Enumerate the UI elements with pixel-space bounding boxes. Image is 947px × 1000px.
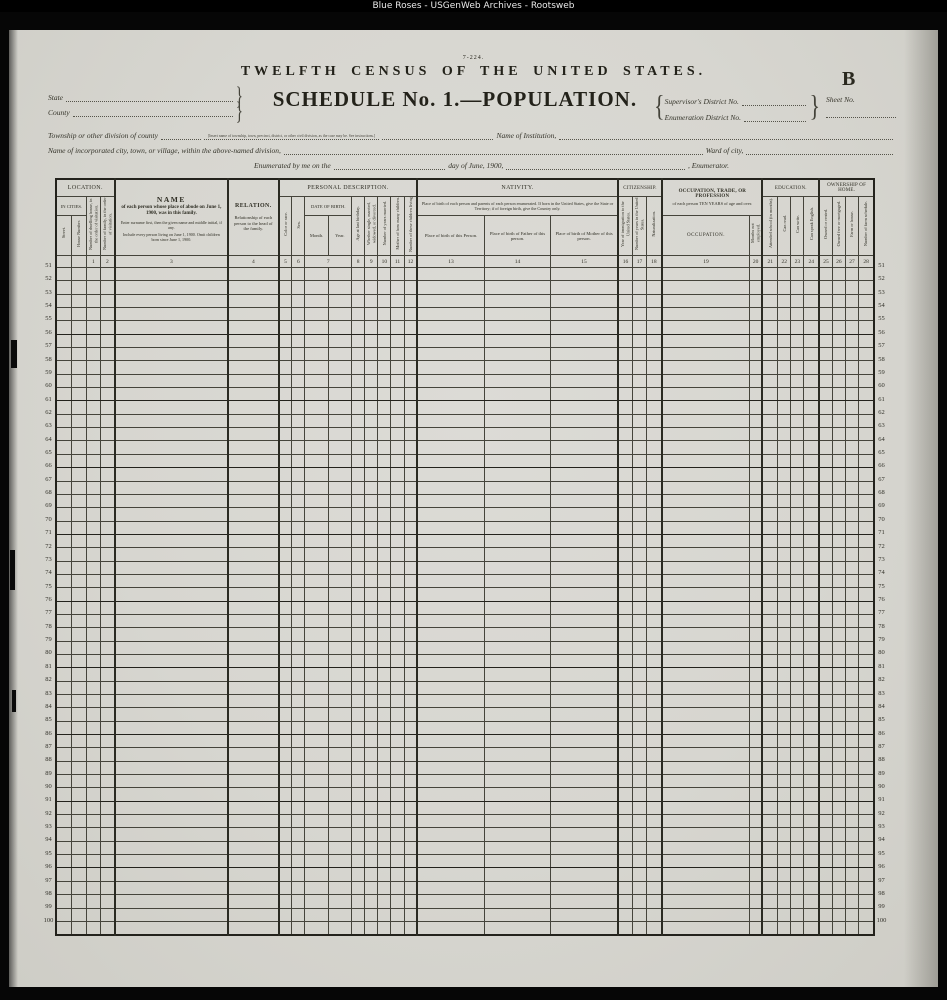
grid-cell	[618, 414, 633, 427]
grid-cell	[56, 454, 71, 467]
grid-cell	[749, 414, 762, 427]
grid-cell	[305, 321, 328, 334]
grid-cell	[228, 361, 279, 374]
grid-cell	[101, 668, 115, 681]
grid-cell	[791, 628, 804, 641]
row-number: 60	[875, 379, 888, 392]
grid-cell	[778, 334, 791, 347]
grid-cell	[101, 374, 115, 387]
grid-cell	[71, 841, 86, 854]
grid-cell	[484, 388, 551, 401]
grid-cell	[115, 268, 228, 281]
district-left-brace: {	[654, 97, 665, 116]
row-number: 88	[42, 753, 55, 766]
row-number: 52	[875, 272, 888, 285]
grid-cell	[618, 574, 633, 587]
grid-cell	[662, 534, 749, 547]
grid-cell	[845, 281, 858, 294]
grid-cell	[778, 481, 791, 494]
grid-cell	[633, 494, 646, 507]
grid-cell	[551, 494, 618, 507]
row-number: 66	[875, 459, 888, 472]
sheet-number-block: Sheet No.	[826, 95, 896, 118]
grid-cell	[328, 494, 351, 507]
grid-cell	[86, 881, 100, 894]
grid-cell	[365, 921, 378, 935]
grid-cell	[71, 921, 86, 935]
grid-cell	[832, 334, 845, 347]
grid-cell	[845, 548, 858, 561]
grid-cell	[791, 428, 804, 441]
grid-cell	[292, 654, 305, 667]
grid-cell	[328, 294, 351, 307]
row-number: 58	[875, 353, 888, 366]
row-number: 86	[42, 727, 55, 740]
grid-cell	[832, 721, 845, 734]
grid-cell	[351, 748, 364, 761]
grid-cell	[804, 414, 819, 427]
row-number: 87	[42, 740, 55, 753]
grid-cell	[646, 428, 662, 441]
grid-cell	[292, 815, 305, 828]
grid-cell	[791, 614, 804, 627]
grid-cell	[305, 508, 328, 521]
grid-cell	[404, 454, 417, 467]
grid-cell	[646, 908, 662, 921]
township-fill-2	[382, 130, 493, 140]
grid-cell	[71, 614, 86, 627]
grid-cell	[749, 654, 762, 667]
grid-cell	[791, 654, 804, 667]
county-line: County }	[48, 107, 243, 117]
grid-cell	[778, 308, 791, 321]
grid-cell	[391, 828, 404, 841]
grid-cell	[749, 428, 762, 441]
grid-cell	[365, 508, 378, 521]
grid-cell	[551, 628, 618, 641]
grid-cell	[778, 348, 791, 361]
grid-cell	[633, 281, 646, 294]
grid-cell	[351, 428, 364, 441]
grid-cell	[618, 561, 633, 574]
column-number: 7	[305, 256, 352, 268]
grid-cell	[804, 735, 819, 748]
grid-cell	[56, 708, 71, 721]
grid-cell	[115, 708, 228, 721]
grid-cell	[551, 441, 618, 454]
census-table-header: LOCATION. NAME of each person whose plac…	[56, 179, 874, 268]
grid-cell	[791, 855, 804, 868]
grid-cell	[56, 881, 71, 894]
grid-cell	[305, 414, 328, 427]
grid-cell	[71, 721, 86, 734]
grid-cell	[778, 881, 791, 894]
grid-cell	[749, 268, 762, 281]
grid-cell	[662, 681, 749, 694]
grid-cell	[778, 468, 791, 481]
grid-cell	[328, 348, 351, 361]
grid-cell	[115, 921, 228, 935]
grid-cell	[662, 508, 749, 521]
grid-cell	[305, 881, 328, 894]
col-farm-house: Farm or house.	[845, 197, 858, 256]
grid-row	[56, 614, 874, 627]
grid-cell	[351, 895, 364, 908]
grid-cell	[646, 801, 662, 814]
grid-cell	[228, 668, 279, 681]
grid-cell	[417, 388, 484, 401]
grid-cell	[791, 321, 804, 334]
grid-cell	[749, 708, 762, 721]
grid-cell	[749, 348, 762, 361]
grid-cell	[404, 334, 417, 347]
grid-cell	[101, 294, 115, 307]
grid-cell	[484, 548, 551, 561]
row-number: 76	[42, 593, 55, 606]
grid-cell	[56, 268, 71, 281]
grid-cell	[86, 281, 100, 294]
grid-cell	[804, 668, 819, 681]
row-number: 100	[875, 914, 888, 927]
grid-cell	[804, 601, 819, 614]
grid-cell	[305, 721, 328, 734]
grid-cell	[762, 308, 777, 321]
grid-cell	[832, 308, 845, 321]
grid-cell	[101, 281, 115, 294]
grid-cell	[305, 374, 328, 387]
grid-cell	[749, 868, 762, 881]
grid-cell	[859, 614, 874, 627]
column-number: 10	[378, 256, 391, 268]
grid-cell	[633, 441, 646, 454]
grid-cell	[859, 855, 874, 868]
grid-cell	[351, 281, 364, 294]
grid-cell	[804, 548, 819, 561]
grid-cell	[404, 308, 417, 321]
grid-cell	[404, 641, 417, 654]
grid-cell	[71, 508, 86, 521]
enumerator-name-fill	[506, 160, 685, 170]
column-number-blank	[71, 256, 86, 268]
grid-cell	[101, 441, 115, 454]
grid-cell	[391, 708, 404, 721]
grid-cell	[228, 561, 279, 574]
grid-cell	[328, 388, 351, 401]
city-label: Name of incorporated city, town, or vill…	[48, 146, 281, 155]
grid-cell	[832, 321, 845, 334]
grid-cell	[86, 855, 100, 868]
grid-cell	[71, 494, 86, 507]
grid-cell	[791, 574, 804, 587]
grid-cell	[551, 761, 618, 774]
grid-cell	[417, 508, 484, 521]
grid-cell	[228, 868, 279, 881]
grid-cell	[101, 321, 115, 334]
grid-cell	[417, 348, 484, 361]
grid-cell	[551, 614, 618, 627]
grid-row	[56, 361, 874, 374]
occupation-desc: of each person TEN YEARS of age and over…	[667, 201, 757, 206]
township-note: [Insert name of township, town, precinct…	[204, 130, 379, 140]
grid-cell	[662, 815, 749, 828]
grid-cell	[778, 855, 791, 868]
row-number: 57	[875, 339, 888, 352]
grid-cell	[819, 695, 832, 708]
grid-cell	[86, 921, 100, 935]
row-number: 79	[875, 633, 888, 646]
grid-cell	[86, 388, 100, 401]
grid-cell	[749, 601, 762, 614]
grid-cell	[71, 855, 86, 868]
grid-cell	[71, 748, 86, 761]
grid-cell	[662, 654, 749, 667]
grid-cell	[819, 614, 832, 627]
grid-cell	[417, 828, 484, 841]
grid-cell	[804, 761, 819, 774]
grid-cell	[662, 441, 749, 454]
grid-cell	[819, 374, 832, 387]
grid-cell	[819, 641, 832, 654]
grid-cell	[404, 681, 417, 694]
township-fill-1	[161, 130, 201, 140]
grid-cell	[378, 534, 391, 547]
grid-cell	[365, 534, 378, 547]
grid-cell	[618, 294, 633, 307]
grid-cell	[279, 614, 292, 627]
grid-cell	[305, 294, 328, 307]
grid-cell	[791, 801, 804, 814]
grid-cell	[71, 548, 86, 561]
grid-cell	[845, 895, 858, 908]
column-number: 11	[391, 256, 404, 268]
column-number: 14	[484, 256, 551, 268]
grid-cell	[71, 815, 86, 828]
grid-cell	[618, 654, 633, 667]
grid-cell	[86, 654, 100, 667]
grid-cell	[859, 601, 874, 614]
grid-cell	[378, 775, 391, 788]
grid-cell	[551, 654, 618, 667]
grid-cell	[115, 334, 228, 347]
grid-cell	[749, 548, 762, 561]
grid-cell	[819, 788, 832, 801]
name-title: NAME	[116, 195, 227, 204]
grid-cell	[404, 468, 417, 481]
grid-cell	[417, 454, 484, 467]
grid-cell	[365, 868, 378, 881]
grid-cell	[791, 601, 804, 614]
grid-cell	[618, 334, 633, 347]
grid-cell	[749, 748, 762, 761]
grid-cell	[859, 268, 874, 281]
grid-cell	[804, 401, 819, 414]
grid-cell	[292, 428, 305, 441]
row-number: 78	[875, 620, 888, 633]
grid-cell	[101, 735, 115, 748]
grid-cell	[279, 628, 292, 641]
grid-cell	[551, 388, 618, 401]
grid-cell	[819, 681, 832, 694]
grid-cell	[417, 921, 484, 935]
grid-cell	[71, 908, 86, 921]
row-number: 71	[42, 526, 55, 539]
column-number: 25	[819, 256, 832, 268]
grid-cell	[845, 334, 858, 347]
grid-cell	[646, 641, 662, 654]
grid-cell	[115, 748, 228, 761]
grid-cell	[279, 895, 292, 908]
grid-cell	[618, 761, 633, 774]
grid-cell	[351, 494, 364, 507]
column-number: 18	[646, 256, 662, 268]
grid-cell	[859, 668, 874, 681]
grid-cell	[778, 268, 791, 281]
grid-cell	[292, 361, 305, 374]
grid-cell	[859, 841, 874, 854]
grid-cell	[819, 895, 832, 908]
grid-cell	[305, 481, 328, 494]
grid-cell	[56, 908, 71, 921]
grid-cell	[845, 841, 858, 854]
grid-cell	[633, 601, 646, 614]
grid-cell	[762, 294, 777, 307]
grid-cell	[365, 281, 378, 294]
grid-cell	[328, 708, 351, 721]
grid-cell	[646, 855, 662, 868]
grid-cell	[749, 921, 762, 935]
grid-cell	[391, 441, 404, 454]
grid-cell	[86, 641, 100, 654]
grid-cell	[633, 881, 646, 894]
grid-cell	[391, 801, 404, 814]
group-name-header: NAME of each person whose place of abode…	[115, 179, 228, 256]
grid-cell	[662, 268, 749, 281]
row-number: 58	[42, 353, 55, 366]
grid-cell	[662, 574, 749, 587]
grid-cell	[292, 348, 305, 361]
grid-cell	[859, 494, 874, 507]
grid-cell	[365, 668, 378, 681]
grid-cell	[845, 294, 858, 307]
grid-cell	[86, 494, 100, 507]
grid-cell	[378, 334, 391, 347]
grid-cell	[804, 521, 819, 534]
grid-cell	[86, 534, 100, 547]
grid-cell	[292, 268, 305, 281]
grid-cell	[115, 841, 228, 854]
column-number-row: 1234567891011121314151617181920212223242…	[56, 256, 874, 268]
grid-cell	[819, 428, 832, 441]
grid-cell	[365, 454, 378, 467]
grid-cell	[328, 428, 351, 441]
grid-cell	[819, 561, 832, 574]
grid-cell	[618, 508, 633, 521]
grid-cell	[71, 414, 86, 427]
grid-cell	[417, 574, 484, 587]
grid-cell	[662, 481, 749, 494]
grid-cell	[749, 695, 762, 708]
grid-cell	[305, 468, 328, 481]
row-number: 85	[875, 713, 888, 726]
grid-cell	[484, 321, 551, 334]
grid-cell	[391, 668, 404, 681]
grid-cell	[115, 521, 228, 534]
grid-cell	[391, 721, 404, 734]
grid-cell	[115, 481, 228, 494]
grid-cell	[762, 668, 777, 681]
grid-cell	[328, 801, 351, 814]
grid-cell	[351, 334, 364, 347]
grid-cell	[417, 334, 484, 347]
grid-cell	[56, 468, 71, 481]
grid-cell	[662, 868, 749, 881]
grid-cell	[115, 855, 228, 868]
grid-cell	[662, 855, 749, 868]
grid-cell	[391, 868, 404, 881]
grid-cell	[819, 868, 832, 881]
grid-cell	[328, 588, 351, 601]
grid-cell	[551, 695, 618, 708]
grid-cell	[791, 388, 804, 401]
grid-cell	[618, 641, 633, 654]
grid-cell	[859, 775, 874, 788]
grid-cell	[305, 308, 328, 321]
grid-cell	[804, 908, 819, 921]
grid-cell	[484, 801, 551, 814]
grid-cell	[305, 334, 328, 347]
grid-cell	[305, 494, 328, 507]
census-title: TWELFTH CENSUS OF THE UNITED STATES.	[9, 64, 938, 80]
grid-cell	[56, 508, 71, 521]
row-number: 77	[42, 606, 55, 619]
grid-cell	[115, 441, 228, 454]
grid-cell	[618, 388, 633, 401]
grid-cell	[115, 641, 228, 654]
grid-cell	[749, 374, 762, 387]
grid-cell	[378, 721, 391, 734]
grid-cell	[228, 334, 279, 347]
grid-cell	[859, 294, 874, 307]
grid-cell	[819, 668, 832, 681]
relation-desc: Relationship of each person to the head …	[233, 215, 274, 233]
grid-cell	[71, 628, 86, 641]
grid-cell	[762, 441, 777, 454]
grid-cell	[71, 294, 86, 307]
grid-cell	[228, 895, 279, 908]
grid-cell	[115, 588, 228, 601]
grid-cell	[618, 348, 633, 361]
grid-cell	[328, 468, 351, 481]
grid-cell	[662, 428, 749, 441]
grid-row	[56, 268, 874, 281]
grid-cell	[662, 908, 749, 921]
grid-cell	[305, 268, 328, 281]
grid-cell	[804, 481, 819, 494]
grid-cell	[404, 735, 417, 748]
grid-cell	[484, 895, 551, 908]
grid-cell	[551, 881, 618, 894]
grid-cell	[791, 868, 804, 881]
row-number: 99	[875, 900, 888, 913]
column-number: 13	[417, 256, 484, 268]
grid-cell	[618, 695, 633, 708]
grid-cell	[417, 641, 484, 654]
grid-cell	[832, 468, 845, 481]
grid-cell	[778, 908, 791, 921]
grid-cell	[228, 268, 279, 281]
grid-row	[56, 748, 874, 761]
grid-cell	[351, 414, 364, 427]
